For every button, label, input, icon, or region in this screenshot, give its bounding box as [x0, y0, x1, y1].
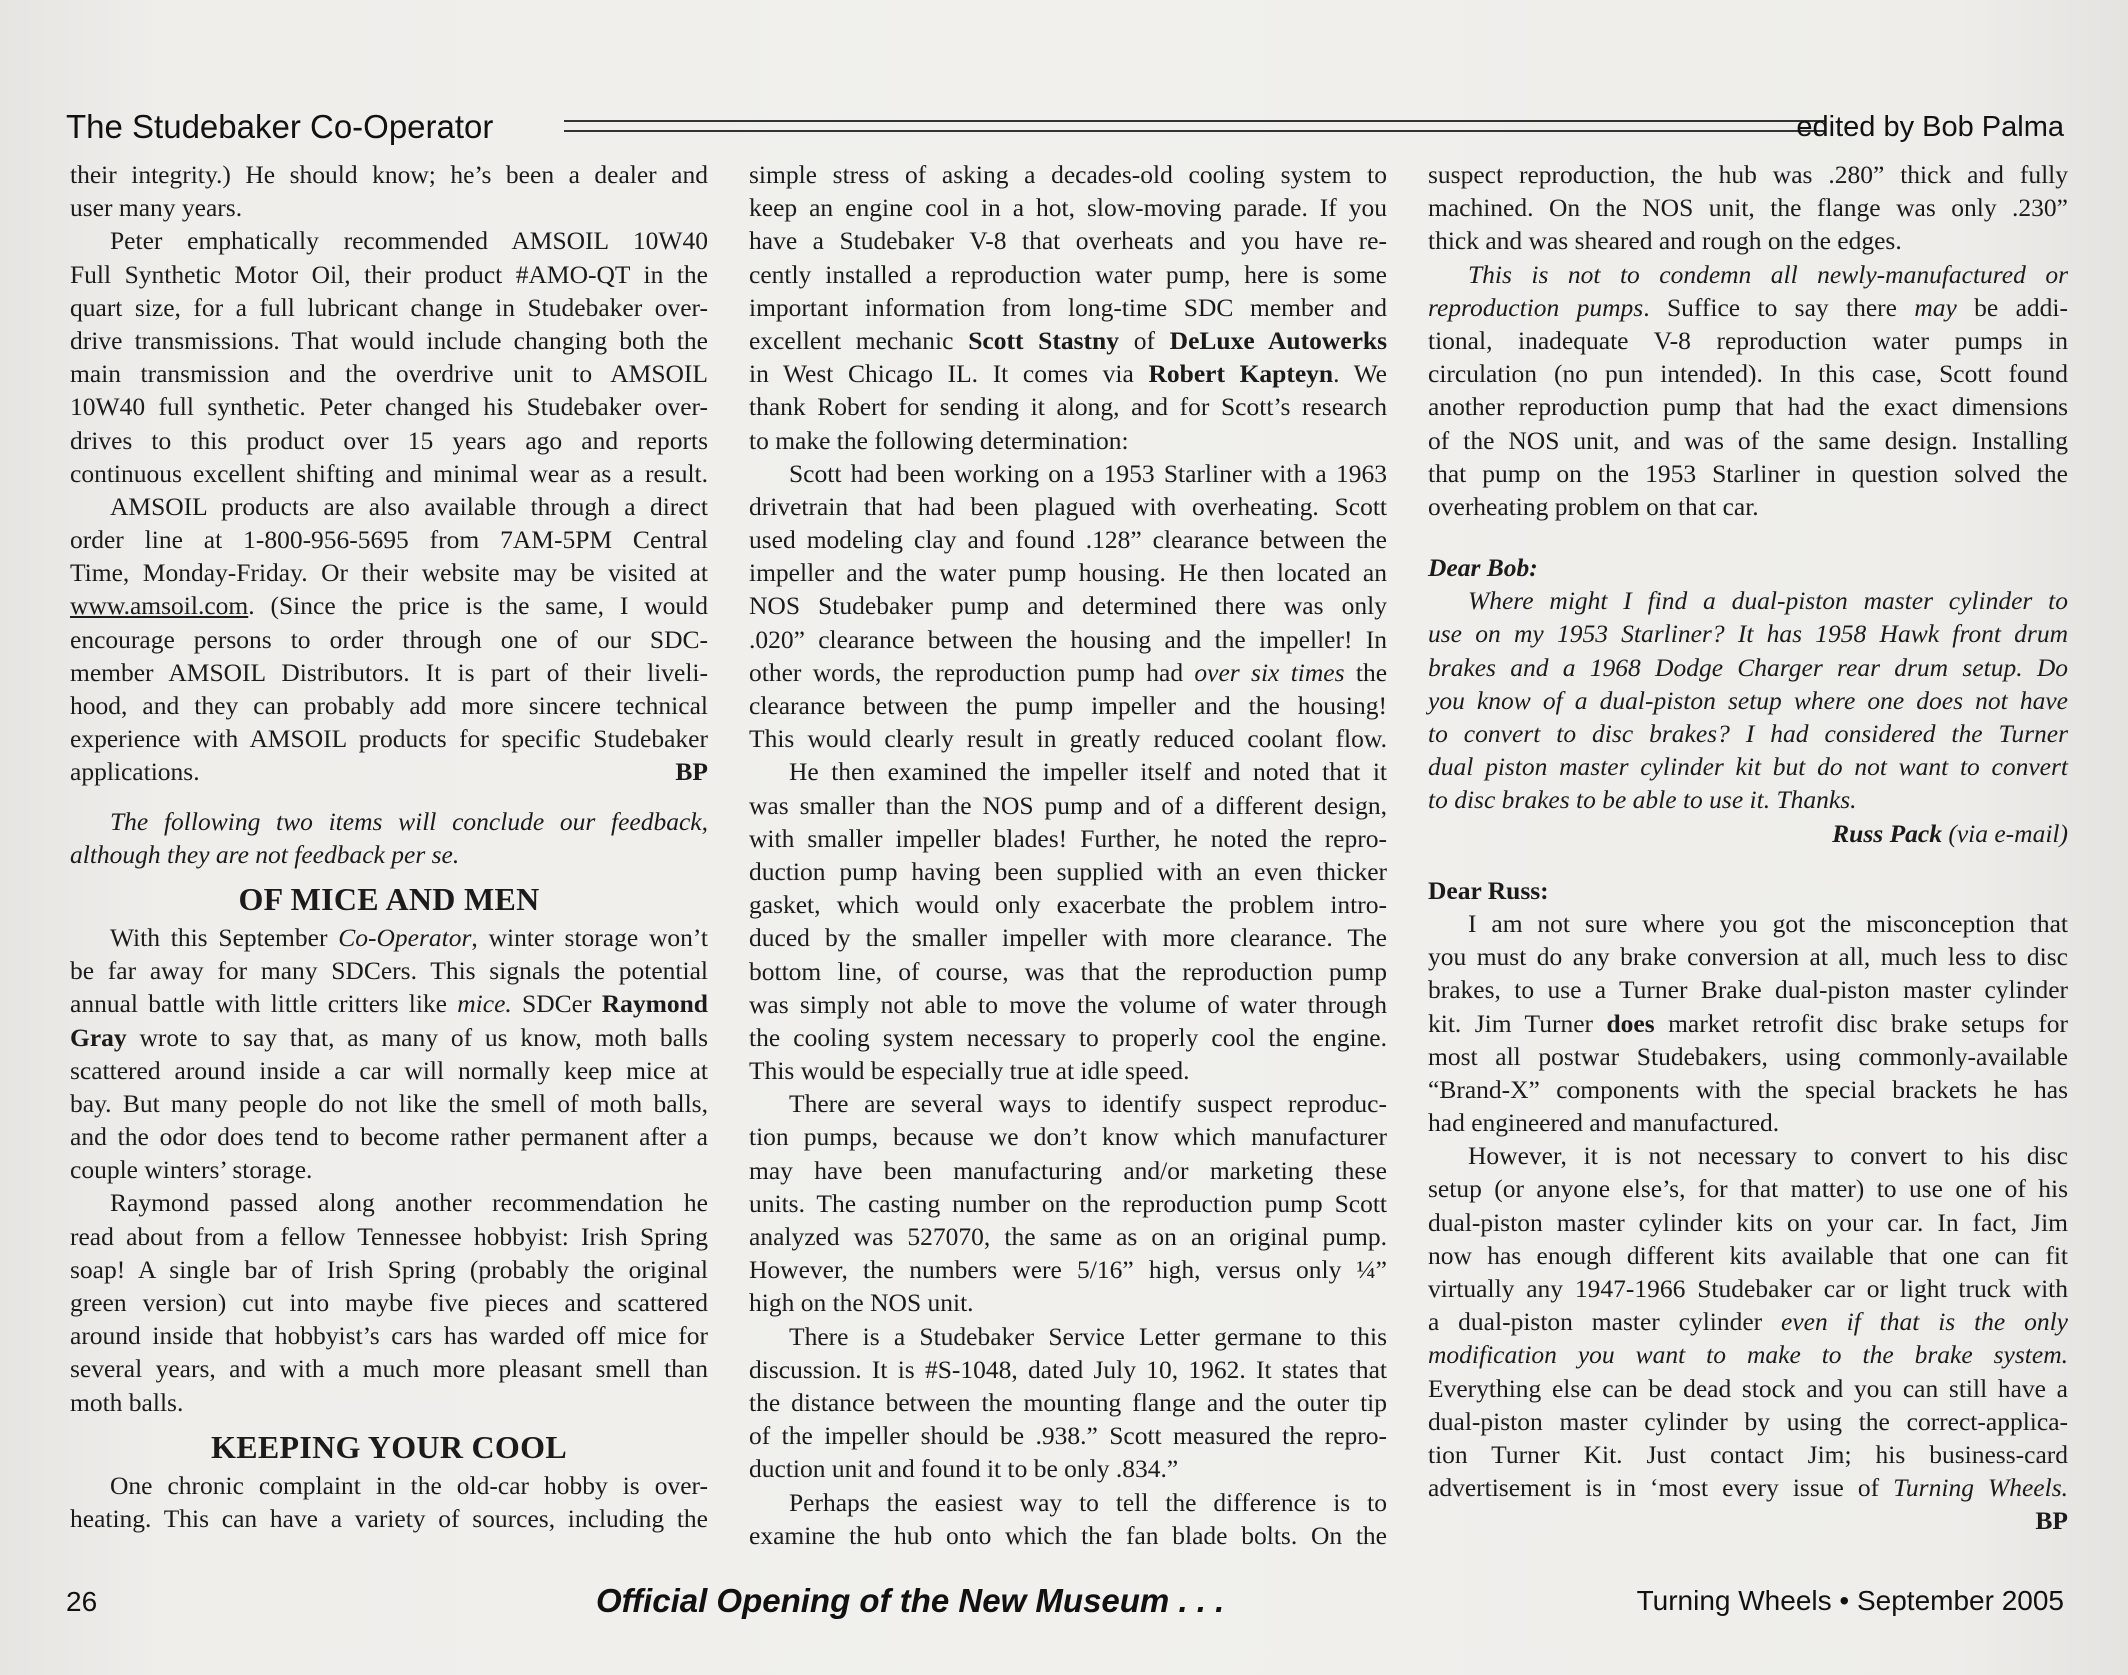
text-line: to convert to disc brakes? I had conside…: [1428, 717, 2068, 750]
text-line: read about from a fellow Tennessee hobby…: [70, 1220, 708, 1253]
intro-note: The following two items will conclude ou…: [70, 805, 708, 871]
paragraph-amsoil-order: AMSOIL products are also available throu…: [70, 490, 708, 789]
author-name: Russ Pack: [1832, 819, 1942, 848]
text-line: Gray wrote to say that, as many of us kn…: [70, 1021, 708, 1054]
text-line: This is not to condemn all newly-manufac…: [1428, 258, 2068, 291]
section-heading-cool: KEEPING YOUR COOL: [70, 1425, 708, 1469]
text-fragment: kit. Jim Turner: [1428, 1009, 1606, 1038]
text-fragment: annual battle with little critters like: [70, 989, 457, 1018]
text-line: quart size, for a full lubricant change …: [70, 291, 708, 324]
text-line: thick and was sheared and rough on the e…: [1428, 224, 2068, 257]
text-line: you must do any brake conversion at all,…: [1428, 940, 2068, 973]
text-line: their integrity.) He should know; he’s b…: [70, 158, 708, 191]
reply-salutation: Dear Russ:: [1428, 874, 2068, 907]
text-line: He then examined the impeller itself and…: [749, 755, 1387, 788]
text-line: Perhaps the easiest way to tell the diff…: [749, 1486, 1387, 1519]
text-line: had engineered and manufactured.: [1428, 1106, 2068, 1139]
text-line: Scott had been working on a 1953 Starlin…: [749, 457, 1387, 490]
text-line: applications. BP: [70, 755, 708, 788]
text-line: used modeling clay and found .128” clear…: [749, 523, 1387, 556]
text-fragment: over six times: [1194, 658, 1344, 687]
footer-banner: Official Opening of the New Museum . . .: [596, 1582, 1224, 1620]
text-fragment: applications.: [70, 757, 200, 786]
text-fragment: . Suffice to say there: [1643, 293, 1914, 322]
text-line: reproduction pumps. Suffice to say there…: [1428, 291, 2068, 324]
text-line: cently installed a reproduction water pu…: [749, 258, 1387, 291]
text-line: use on my 1953 Starliner? It has 1958 Ha…: [1428, 617, 2068, 650]
text-fragment: With this September: [110, 923, 338, 952]
text-line: several years, and with a much more plea…: [70, 1352, 708, 1385]
text-line: now has enough different kits available …: [1428, 1239, 2068, 1272]
text-line: soap! A single bar of Irish Spring (prob…: [70, 1253, 708, 1286]
text-line: was smaller than the NOS pump and of a d…: [749, 789, 1387, 822]
text-line: Full Synthetic Motor Oil, their product …: [70, 258, 708, 291]
text-line: dual-piston master cylinder by using the…: [1428, 1405, 2068, 1438]
reply-paragraph: I am not sure where you got the misconce…: [1428, 907, 2068, 1139]
text-fragment: a dual-piston master cylinder: [1428, 1307, 1781, 1336]
text-fragment: reproduction pumps: [1428, 293, 1643, 322]
paragraph: simple stress of asking a decades-old co…: [749, 158, 1387, 457]
editor-credit: edited by Bob Palma: [1796, 111, 2064, 144]
text-line: green version) cut into maybe five piece…: [70, 1286, 708, 1319]
text-line: However, it is not necessary to convert …: [1428, 1139, 2068, 1172]
text-line: scattered around inside a car will norma…: [70, 1054, 708, 1087]
paragraph: This is not to condemn all newly-manufac…: [1428, 258, 2068, 524]
text-line: with smaller impeller blades! Further, h…: [749, 822, 1387, 855]
text-line: member AMSOIL Distributors. It is part o…: [70, 656, 708, 689]
text-line: to make the following determination:: [749, 424, 1387, 457]
author-via: (via e-mail): [1942, 819, 2068, 848]
text-line: experience with AMSOIL products for spec…: [70, 722, 708, 755]
text-line: around inside that hobbyist’s cars has w…: [70, 1319, 708, 1352]
text-line: clearance between the pump impeller and …: [749, 689, 1387, 722]
text-line: discussion. It is #S-1048, dated July 10…: [749, 1353, 1387, 1386]
page-header: The Studebaker Co-Operator edited by Bob…: [66, 108, 2064, 152]
text-line: Everything else can be dead stock and yo…: [1428, 1372, 2068, 1405]
author-signature: BP: [1428, 1504, 2068, 1537]
text-line: have a Studebaker V-8 that overheats and…: [749, 224, 1387, 257]
text-line: duction pump having been supplied with a…: [749, 855, 1387, 888]
text-fragment: in West Chicago IL. It comes via: [749, 359, 1148, 388]
text-fragment: advertisement is in ‘most every issue of: [1428, 1473, 1893, 1502]
text-line: kit. Jim Turner does market retrofit dis…: [1428, 1007, 2068, 1040]
text-line: www.amsoil.com. (Since the price is the …: [70, 589, 708, 622]
paragraph: One chronic complaint in the old-car hob…: [70, 1469, 708, 1535]
reader-letter: Where might I find a dual-piston master …: [1428, 584, 2068, 816]
text-line: tional, inadequate V-8 reproduction wate…: [1428, 324, 2068, 357]
paragraph: Raymond passed along another recommendat…: [70, 1186, 708, 1418]
letter-salutation: Dear Bob:: [1428, 551, 2068, 584]
text-line: Peter emphatically recommended AMSOIL 10…: [70, 224, 708, 257]
text-fragment: does: [1606, 1009, 1654, 1038]
text-line: and the odor does tend to become rather …: [70, 1120, 708, 1153]
column-2: simple stress of asking a decades-old co…: [749, 158, 1387, 1552]
text-line: machined. On the NOS unit, the flange wa…: [1428, 191, 2068, 224]
publication-title: Turning Wheels.: [1893, 1473, 2068, 1502]
text-line: There is a Studebaker Service Letter ger…: [749, 1320, 1387, 1353]
column-1: their integrity.) He should know; he’s b…: [70, 158, 708, 1535]
text-line: NOS Studebaker pump and determined there…: [749, 589, 1387, 622]
text-line: One chronic complaint in the old-car hob…: [70, 1469, 708, 1502]
text-line: another reproduction pump that had the e…: [1428, 390, 2068, 423]
section-heading-mice: OF MICE AND MEN: [70, 877, 708, 921]
text-line: be far away for many SDCers. This signal…: [70, 954, 708, 987]
column-3: suspect reproduction, the hub was .280” …: [1428, 158, 2068, 1538]
text-line: you know of a dual-piston setup where on…: [1428, 684, 2068, 717]
text-fragment: market retrofit disc brake setups for: [1655, 1009, 2068, 1038]
text-line: brakes and a 1968 Dodge Charger rear dru…: [1428, 651, 2068, 684]
text-line: encourage persons to order through one o…: [70, 623, 708, 656]
text-line: Time, Monday-Friday. Or their website ma…: [70, 556, 708, 589]
text-line: examine the hub onto which the fan blade…: [749, 1519, 1387, 1552]
text-line: “Brand-X” components with the special br…: [1428, 1073, 2068, 1106]
paragraph: There is a Studebaker Service Letter ger…: [749, 1320, 1387, 1486]
text-line: setup (or anyone else’s, for that matter…: [1428, 1172, 2068, 1205]
text-line: most all postwar Studebakers, using comm…: [1428, 1040, 2068, 1073]
text-line: There are several ways to identify suspe…: [749, 1087, 1387, 1120]
text-line: drive transmissions. That would include …: [70, 324, 708, 357]
text-fragment: . (Since the price is the same, I would: [248, 591, 708, 620]
text-line: of the NOS unit, and was of the same des…: [1428, 424, 2068, 457]
text-line: impeller and the water pump housing. He …: [749, 556, 1387, 589]
text-line: dual piston master cylinder kit but do n…: [1428, 750, 2068, 783]
text-fragment: be addi-: [1957, 293, 2068, 322]
text-line: tion pumps, because we don’t know which …: [749, 1120, 1387, 1153]
text-line: other words, the reproduction pump had o…: [749, 656, 1387, 689]
text-line: drives to this product over 15 years ago…: [70, 424, 708, 457]
letter-author: Russ Pack (via e-mail): [1428, 817, 2068, 850]
text-fragment: SDCer: [512, 989, 602, 1018]
text-fragment: other words, the reproduction pump had: [749, 658, 1194, 687]
text-line: hood, and they can probably add more sin…: [70, 689, 708, 722]
text-fragment: excellent mechanic: [749, 326, 968, 355]
text-line: I am not sure where you got the misconce…: [1428, 907, 2068, 940]
page-number: 26: [66, 1586, 97, 1618]
person-name: Scott Stastny: [968, 326, 1119, 355]
text-line: AMSOIL products are also available throu…: [70, 490, 708, 523]
text-line: although they are not feedback per se.: [70, 838, 708, 871]
paragraph: their integrity.) He should know; he’s b…: [70, 158, 708, 224]
text-line: that pump on the 1953 Starliner in quest…: [1428, 457, 2068, 490]
text-line: may have been manufacturing and/or marke…: [749, 1154, 1387, 1187]
text-line: high on the NOS unit.: [749, 1286, 1387, 1319]
text-fragment: wrote to say that, as many of us know, m…: [127, 1023, 708, 1052]
amsoil-website-link[interactable]: www.amsoil.com: [70, 591, 248, 620]
publication-issue: Turning Wheels • September 2005: [1637, 1585, 2064, 1617]
text-line: a dual-piston master cylinder even if th…: [1428, 1305, 2068, 1338]
text-line: bay. But many people do not like the sme…: [70, 1087, 708, 1120]
reply-paragraph: However, it is not necessary to convert …: [1428, 1139, 2068, 1504]
text-line: dual-piston master cylinder kits on your…: [1428, 1206, 2068, 1239]
text-line: order line at 1-800-956-5695 from 7AM-5P…: [70, 523, 708, 556]
paragraph: There are several ways to identify suspe…: [749, 1087, 1387, 1319]
text-line: 10W40 full synthetic. Peter changed his …: [70, 390, 708, 423]
column-title: The Studebaker Co-Operator: [66, 108, 493, 146]
text-line: heating. This can have a variety of sour…: [70, 1502, 708, 1535]
text-line: Raymond passed along another recommendat…: [70, 1186, 708, 1219]
text-line: duction unit and found it to be only .83…: [749, 1452, 1387, 1485]
text-line: continuous excellent shifting and minima…: [70, 457, 708, 490]
paragraph: Peter emphatically recommended AMSOIL 10…: [70, 224, 708, 490]
text-line: Where might I find a dual-piston master …: [1428, 584, 2068, 617]
text-line: couple winters’ storage.: [70, 1153, 708, 1186]
text-line: virtually any 1947-1966 Studebaker car o…: [1428, 1272, 2068, 1305]
text-line: duced by the smaller impeller with more …: [749, 921, 1387, 954]
author-signature: BP: [675, 757, 708, 786]
text-line: in West Chicago IL. It comes via Robert …: [749, 357, 1387, 390]
text-line: overheating problem on that car.: [1428, 490, 2068, 523]
text-line: This would be especially true at idle sp…: [749, 1054, 1387, 1087]
text-line: excellent mechanic Scott Stastny of DeLu…: [749, 324, 1387, 357]
text-line: With this September Co-Operator, winter …: [70, 921, 708, 954]
paragraph: Scott had been working on a 1953 Starlin…: [749, 457, 1387, 756]
text-line: .020” clearance between the housing and …: [749, 623, 1387, 656]
text-line: to disc brakes to be able to use it. Tha…: [1428, 783, 2068, 816]
text-line: the cooling system necessary to properly…: [749, 1021, 1387, 1054]
text-line: tion Turner Kit. Just contact Jim; his b…: [1428, 1438, 2068, 1471]
text-fragment: of: [1119, 326, 1170, 355]
text-line: However, the numbers were 5/16” high, ve…: [749, 1253, 1387, 1286]
text-line: of the impeller should be .938.” Scott m…: [749, 1419, 1387, 1452]
page-footer: 26 Official Opening of the New Museum . …: [66, 1582, 2064, 1622]
business-name: DeLuxe Autowerks: [1170, 326, 1387, 355]
paragraph: suspect reproduction, the hub was .280” …: [1428, 158, 2068, 258]
text-fragment: the: [1345, 658, 1387, 687]
text-line: suspect reproduction, the hub was .280” …: [1428, 158, 2068, 191]
text-fragment: , winter storage won’t: [471, 923, 708, 952]
text-line: the distance between the mounting flange…: [749, 1386, 1387, 1419]
paragraph: He then examined the impeller itself and…: [749, 755, 1387, 1087]
text-line: advertisement is in ‘most every issue of…: [1428, 1471, 2068, 1504]
text-line: This would clearly result in greatly red…: [749, 722, 1387, 755]
person-name: Raymond: [602, 989, 708, 1018]
text-line: drivetrain that had been plagued with ov…: [749, 490, 1387, 523]
text-fragment: . We: [1333, 359, 1387, 388]
text-line: circulation (no pun intended). In this c…: [1428, 357, 2068, 390]
text-line: was simply not able to move the volume o…: [749, 988, 1387, 1021]
text-line: important information from long-time SDC…: [749, 291, 1387, 324]
text-line: units. The casting number on the reprodu…: [749, 1187, 1387, 1220]
paragraph: With this September Co-Operator, winter …: [70, 921, 708, 1187]
text-line: gasket, which would only exacerbate the …: [749, 888, 1387, 921]
text-line: analyzed was 527070, the same as on an o…: [749, 1220, 1387, 1253]
text-line: main transmission and the overdrive unit…: [70, 357, 708, 390]
paragraph: Perhaps the easiest way to tell the diff…: [749, 1486, 1387, 1552]
person-name: Gray: [70, 1023, 127, 1052]
text-line: bottom line, of course, was that the rep…: [749, 955, 1387, 988]
text-fragment: mice.: [457, 989, 512, 1018]
text-line: thank Robert for sending it along, and f…: [749, 390, 1387, 423]
text-line: brakes, to use a Turner Brake dual-pisto…: [1428, 973, 2068, 1006]
text-fragment: even if that is the only: [1781, 1307, 2068, 1336]
text-line: moth balls.: [70, 1386, 708, 1419]
text-line: user many years.: [70, 191, 708, 224]
text-line: annual battle with little critters like …: [70, 987, 708, 1020]
text-line: The following two items will conclude ou…: [70, 805, 708, 838]
text-line: modification you want to make to the bra…: [1428, 1338, 2068, 1371]
publication-title: Co-Operator: [338, 923, 471, 952]
text-fragment: may: [1914, 293, 1956, 322]
person-name: Robert Kapteyn: [1148, 359, 1333, 388]
header-double-rule: [564, 120, 1826, 132]
text-line: keep an engine cool in a hot, slow-movin…: [749, 191, 1387, 224]
text-line: simple stress of asking a decades-old co…: [749, 158, 1387, 191]
